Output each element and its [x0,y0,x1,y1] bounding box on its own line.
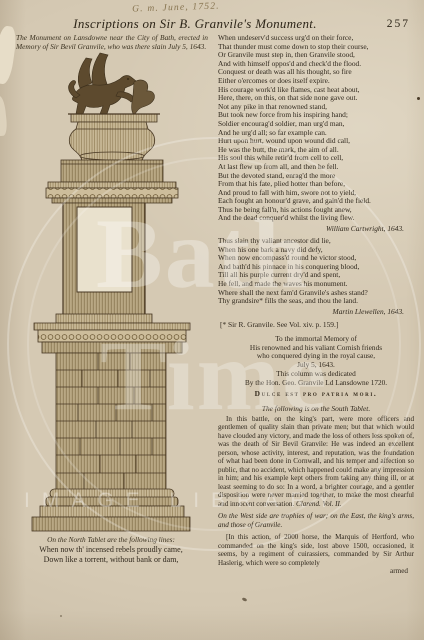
paper-flaw [0,95,8,136]
latin-motto: Dulce est pro patria mori. [218,389,414,398]
north-tablet-heading: On the North Tablet are the following li… [10,535,212,544]
south-tablet-heading: The following is on the South Tablet. [218,404,414,413]
verse-line: And the dead conquer'd whilst the living… [218,214,414,223]
handwritten-annotation: G. m. June, 1752. [96,0,256,16]
verse-line: Down like a torrent, without bank or dam… [10,555,212,565]
north-tablet-lines: When now th' incensed rebels proudly cam… [10,545,212,564]
scanned-document-page: G. m. June, 1752. Inscriptions on Sir B.… [0,0,424,640]
monument-caption: The Monument on Lansdowne near the City … [10,33,212,51]
cartwright-poem: When undeserv'd success urg'd on their f… [218,34,414,223]
monument-engraving [26,52,198,532]
verse-line: Thy grandsire* fills the seas, and thou … [218,297,414,306]
cartwright-attribution: William Cartwright, 1643. [218,224,414,233]
ink-speck [417,97,420,100]
verse-line: When now th' incensed rebels proudly cam… [10,545,212,555]
action-paragraph: [In this action, of 2000 horse, the Marq… [218,533,414,567]
dedication-line: By the Hon. Geo. Granvile Ld Lansdowne 1… [218,379,414,388]
dedication-block: To the immortal Memory ofHis renowned an… [218,335,414,388]
ink-speck [60,615,62,617]
brick-pedestal [56,353,166,491]
action-text: [In this action, of 2000 horse, the Marq… [218,533,414,567]
griffin-statue [69,53,155,115]
sides-note: On the West side are trophies of war; on… [218,512,414,529]
llewellen-poem: Thus slain thy valiant ancestor did lie,… [218,237,414,306]
footnote: [* Sir R. Granvile. See Vol. xiv. p. 159… [220,320,414,329]
page-header: Inscriptions on Sir B. Granvile's Monume… [0,16,424,34]
page-title: Inscriptions on Sir B. Granvile's Monume… [30,16,360,32]
ink-speck [242,597,248,602]
llewellen-attribution: Martin Llewellen, 1643. [218,307,414,316]
left-column: The Monument on Lansdowne near the City … [10,33,212,564]
catchword: armed [218,567,414,575]
page-number: 257 [387,18,410,30]
watermark-band: IMAGE LIBRARY [24,489,402,513]
